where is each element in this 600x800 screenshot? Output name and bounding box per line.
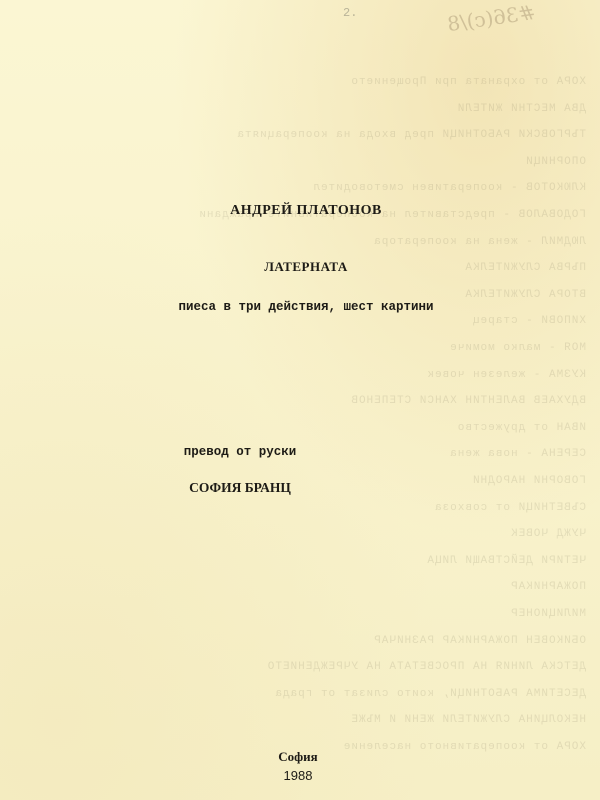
show-through-line: ЧУЖД ЧОВЕК xyxy=(66,528,586,540)
publication-city: София xyxy=(0,749,598,765)
show-through-line: ТЪРГОВСКИ РАБОТНИЦИ пред входа на коопер… xyxy=(66,129,586,141)
show-through-line: ПОЖАРНИКАР xyxy=(66,581,586,593)
show-through-line: ХИПОВИ - старец xyxy=(66,315,586,327)
author-name: АНДРЕЙ ПЛАТОНОВ xyxy=(0,203,600,219)
show-through-line: ХОРА от охраната при Прощението xyxy=(66,76,586,88)
show-through-line: ОБИКОВЕН ПОЖАРНИКАР РАЗНИЧАР xyxy=(66,635,586,647)
page-number: 2. xyxy=(343,6,357,20)
publication-year: 1988 xyxy=(0,768,598,783)
show-through-line: ЧЕТИРИ ДЕЙСТВАЩИ ЛИЦА xyxy=(66,555,586,567)
show-through-line: ДВА МЕСТНИ ЖИТЕЛИ xyxy=(66,103,586,115)
play-title: ЛАТЕРНАТА xyxy=(0,259,600,275)
translator-name: СОФИЯ БРАНЦ xyxy=(0,480,540,496)
show-through-line: ДЕТСКА ЛИНИЯ НА ПРОСВЕТАТА НА УЧРЕЖДЕНИЕ… xyxy=(66,661,586,673)
show-through-line: ВДУХАЕВ ВАЛЕНТИН ХАНСИ СТЕПЕНОВ xyxy=(66,395,586,407)
show-through-line: МИЛИЦИОНЕР xyxy=(66,608,586,620)
play-subtitle: пиеса в три действия, шест картини xyxy=(0,300,600,314)
show-through-line: МОЯ - малко момиче xyxy=(66,342,586,354)
show-through-line: ДЕСЕТИМА РАБОТНИЦИ, които слизат от град… xyxy=(66,688,586,700)
show-through-line: СЪВЕТНИЦИ от совхоза xyxy=(66,502,586,514)
show-through-line: КЛЮКОТОВ - кооперативен сметоводител xyxy=(66,182,586,194)
show-through-line: КУЗМА - железен човек xyxy=(66,369,586,381)
show-through-line: НЕКОЛЦИНА СЛУЖИТЕЛИ ЖЕНИ И МЪЖЕ xyxy=(66,714,586,726)
show-through-line: ЛЮДМИЛ - жена на кооператора xyxy=(66,236,586,248)
translation-label: превод от руски xyxy=(0,445,540,459)
show-through-line: ОПОРНИЦИ xyxy=(66,156,586,168)
show-through-line: ВТОРА СЛУЖИТЕЛКА xyxy=(66,289,586,301)
show-through-line: ИВАН от дружество xyxy=(66,422,586,434)
